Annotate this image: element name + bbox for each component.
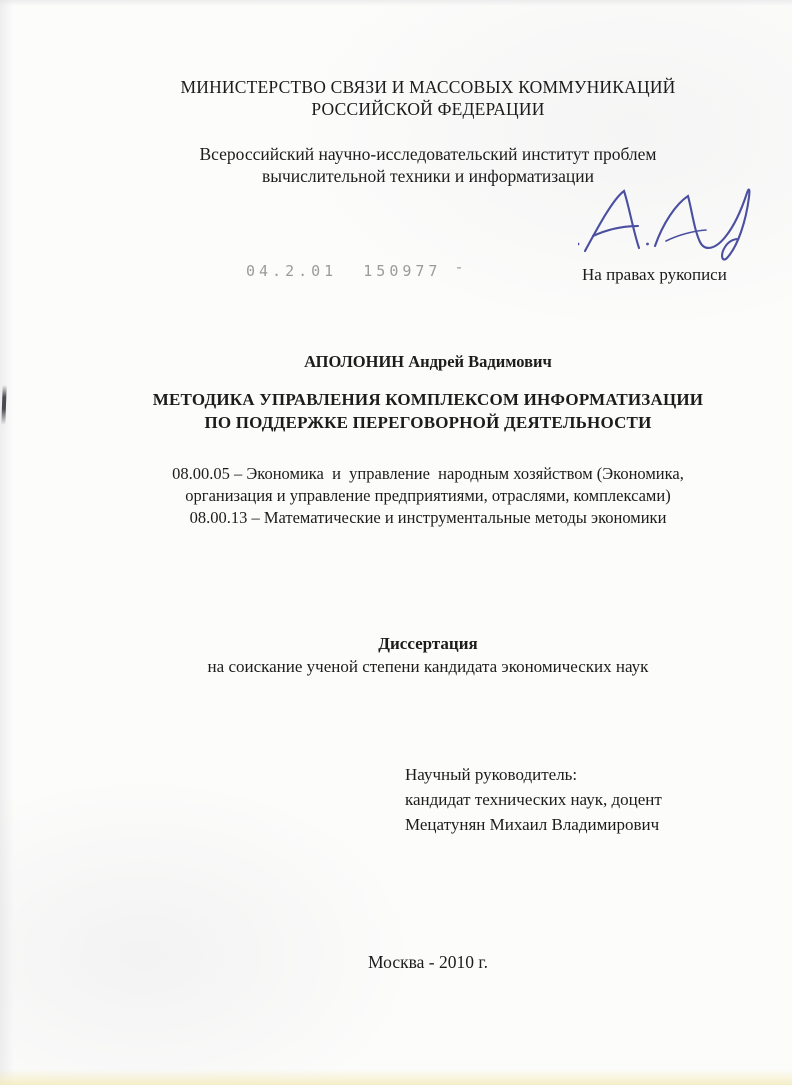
author-name: АПОЛОНИН Андрей Вадимович	[64, 352, 792, 372]
ministry-line-2: РОССИЙСКОЙ ФЕДЕРАЦИИ	[64, 98, 792, 120]
stamp-number: 04.2.01 150977	[246, 262, 441, 280]
city-year: Москва - 2010 г.	[64, 952, 792, 973]
specialty-line-1: 08.00.05 – Экономика и управление народн…	[64, 463, 792, 485]
handwritten-signature	[578, 183, 763, 271]
inventory-stamp: 04.2.01 150977 -	[246, 258, 464, 280]
specialty-line-2: организация и управление предприятиями, …	[64, 485, 792, 507]
institute-line-1: Всероссийский научно-исследовательский и…	[64, 143, 792, 165]
title-line-2: ПО ПОДДЕРЖКЕ ПЕРЕГОВОРНОЙ ДЕЯТЕЛЬНОСТИ	[64, 411, 792, 434]
supervisor-block: Научный руководитель: кандидат техническ…	[405, 762, 662, 837]
ministry-heading: МИНИСТЕРСТВО СВЯЗИ И МАССОВЫХ КОММУНИКАЦ…	[64, 76, 792, 120]
signature-dot	[578, 243, 579, 246]
degree-line: на соискание ученой степени кандидата эк…	[64, 655, 792, 678]
dissertation-title: МЕТОДИКА УПРАВЛЕНИЯ КОМПЛЕКСОМ ИНФОРМАТИ…	[64, 388, 792, 434]
ministry-line-1: МИНИСТЕРСТВО СВЯЗИ И МАССОВЫХ КОММУНИКАЦ…	[64, 76, 792, 98]
scan-edge-artifact	[1, 385, 6, 425]
supervisor-degree: кандидат технических наук, доцент	[405, 787, 662, 812]
specialty-line-3: 08.00.13 – Математические и инструментал…	[64, 507, 792, 529]
institute-heading: Всероссийский научно-исследовательский и…	[64, 143, 792, 187]
supervisor-name: Мецатунян Михаил Владимирович	[405, 812, 662, 837]
stamp-dash: -	[455, 258, 464, 276]
work-type-block: Диссертация на соискание ученой степени …	[64, 632, 792, 678]
document-page: МИНИСТЕРСТВО СВЯЗИ И МАССОВЫХ КОММУНИКАЦ…	[0, 0, 792, 1085]
supervisor-label: Научный руководитель:	[405, 762, 662, 787]
signature-stroke-1	[585, 191, 639, 251]
signature-stroke-3	[655, 190, 749, 260]
specialty-codes: 08.00.05 – Экономика и управление народн…	[64, 463, 792, 529]
work-type: Диссертация	[64, 632, 792, 655]
signature-stroke-2	[593, 226, 638, 236]
title-line-1: МЕТОДИКА УПРАВЛЕНИЯ КОМПЛЕКСОМ ИНФОРМАТИ…	[64, 388, 792, 411]
manuscript-rights-note: На правах рукописи	[582, 265, 762, 285]
